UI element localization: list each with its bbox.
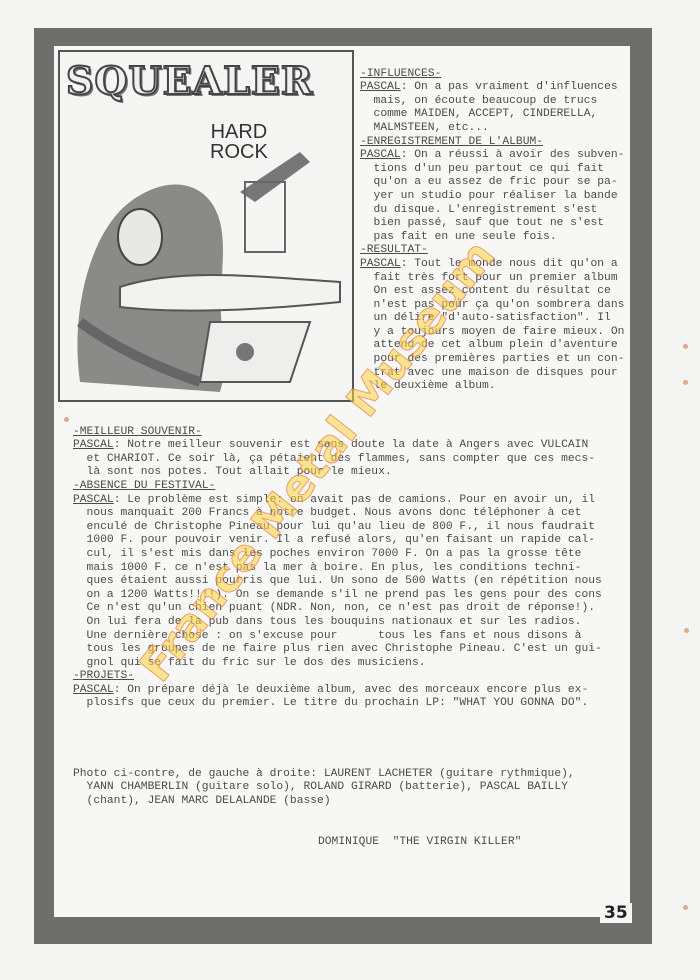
- paper-stain: [683, 344, 688, 349]
- author-signature: DOMINIQUE "THE VIRGIN KILLER": [318, 836, 521, 850]
- paper-stain: [684, 628, 689, 633]
- section-heading: -PROJETS-: [73, 670, 134, 682]
- section-heading: -INFLUENCES-: [360, 68, 441, 80]
- speaker-label: PASCAL: [73, 684, 114, 696]
- paper-stain: [64, 417, 69, 422]
- paper-stain: [683, 380, 688, 385]
- section-full-width: -MEILLEUR SOUVENIR- PASCAL: Notre meille…: [73, 412, 602, 711]
- guitarist-drawing-icon: [60, 52, 352, 400]
- band-photo-illustration: SQUEALER HARD ROCK: [58, 50, 354, 402]
- section-influences: -INFLUENCES- PASCAL: On a pas vraiment d…: [360, 54, 624, 394]
- section-heading: -ENREGISTREMENT DE L'ALBUM-: [360, 136, 543, 148]
- section-heading: -RESULTAT-: [360, 244, 428, 256]
- speaker-label: PASCAL: [360, 81, 401, 93]
- speaker-label: PASCAL: [73, 439, 114, 451]
- page-number: 35: [600, 903, 632, 923]
- paper-stain: [683, 905, 688, 910]
- section-heading: -ABSENCE DU FESTIVAL-: [73, 480, 215, 492]
- section-heading: -MEILLEUR SOUVENIR-: [73, 426, 202, 438]
- speaker-label: PASCAL: [360, 258, 401, 270]
- speaker-label: PASCAL: [73, 494, 114, 506]
- speaker-label: PASCAL: [360, 149, 401, 161]
- photo-caption: Photo ci-contre, de gauche à droite: LAU…: [73, 754, 575, 808]
